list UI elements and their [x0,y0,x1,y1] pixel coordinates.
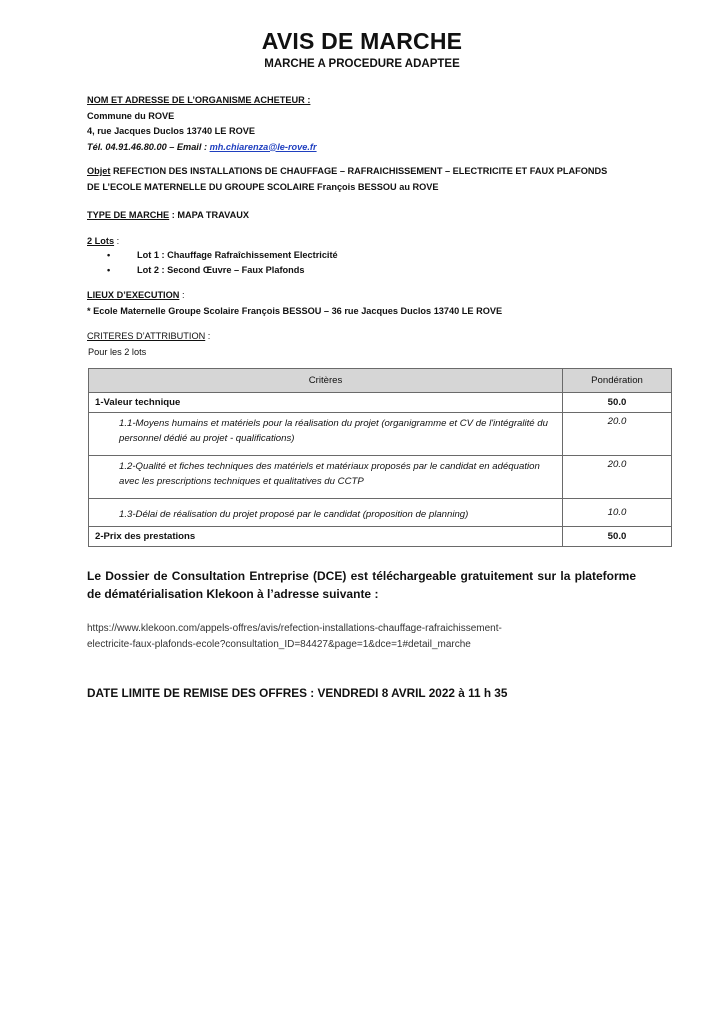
table-row: 2-Prix des prestations 50.0 [89,527,672,547]
criterion-cell: 1-Valeur technique [89,393,563,413]
market-type-section: TYPE DE MARCHE : MAPA TRAVAUX [87,208,249,224]
buyer-address: 4, rue Jacques Duclos 13740 LE ROVE [87,124,317,140]
table-row: 1.3-Délai de réalisation du projet propo… [89,499,672,527]
location-value: * Ecole Maternelle Groupe Scolaire Franç… [87,304,502,320]
lots-label: 2 Lots [87,236,114,246]
criteria-table: Critères Pondération 1-Valeur technique … [88,368,672,547]
url-line-1: https://www.klekoon.com/appels-offres/av… [87,621,502,637]
column-header-criteria: Critères [89,369,563,393]
lots-suffix: : [114,236,119,246]
weight-cell: 20.0 [563,413,672,456]
buyer-section: NOM ET ADRESSE DE L’ORGANISME ACHETEUR :… [87,93,317,155]
object-text: REFECTION DES INSTALLATIONS DE CHAUFFAGE… [87,166,607,192]
buyer-contact: Tél. 04.91.46.80.00 – Email : mh.chiaren… [87,140,317,156]
criteria-note: Pour les 2 lots [88,345,210,361]
weight-cell: 20.0 [563,456,672,499]
buyer-email-link[interactable]: mh.chiarenza@le-rove.fr [210,142,317,152]
criterion-cell: 1.1-Moyens humains et matériels pour la … [89,413,563,456]
weight-cell: 50.0 [563,393,672,413]
table-row: 1.1-Moyens humains et matériels pour la … [89,413,672,456]
submission-deadline: DATE LIMITE DE REMISE DES OFFRES : VENDR… [87,686,507,700]
document-page: AVIS DE MARCHE MARCHE A PROCEDURE ADAPTE… [0,0,724,1024]
criteria-label: CRITERES D’ATTRIBUTION [87,331,205,341]
location-label: LIEUX D’EXECUTION [87,290,179,300]
list-item: •Lot 2 : Second Œuvre – Faux Plafonds [107,263,338,278]
dce-url-link[interactable]: https://www.klekoon.com/appels-offres/av… [87,621,502,652]
object-label: Objet [87,166,110,176]
lots-list: •Lot 1 : Chauffage Rafraîchissement Elec… [107,248,338,277]
buyer-phone: Tél. 04.91.46.80.00 – Email : [87,142,210,152]
criterion-cell: 2-Prix des prestations [89,527,563,547]
table-row: 1.2-Qualité et fiches techniques des mat… [89,456,672,499]
criteria-suffix: : [205,331,210,341]
weight-cell: 10.0 [563,499,672,527]
bullet-icon: • [107,248,137,263]
page-subtitle: MARCHE A PROCEDURE ADAPTEE [0,58,724,70]
buyer-heading: NOM ET ADRESSE DE L’ORGANISME ACHETEUR : [87,93,317,109]
table-header-row: Critères Pondération [89,369,672,393]
location-section: LIEUX D’EXECUTION : * Ecole Maternelle G… [87,288,502,319]
criteria-section: CRITERES D’ATTRIBUTION : Pour les 2 lots [87,329,210,360]
weight-cell: 50.0 [563,527,672,547]
url-line-2: electricite-faux-plafonds-ecole?consulta… [87,637,502,653]
location-suffix: : [179,290,184,300]
page-title: AVIS DE MARCHE [0,28,724,55]
list-item: •Lot 1 : Chauffage Rafraîchissement Elec… [107,248,338,263]
dce-paragraph: Le Dossier de Consultation Entreprise (D… [87,567,636,603]
bullet-icon: • [107,263,137,278]
criterion-cell: 1.2-Qualité et fiches techniques des mat… [89,456,563,499]
column-header-weight: Pondération [563,369,672,393]
market-type-value: : MAPA TRAVAUX [169,210,249,220]
table-row: 1-Valeur technique 50.0 [89,393,672,413]
buyer-name: Commune du ROVE [87,109,317,125]
object-section: Objet REFECTION DES INSTALLATIONS DE CHA… [87,164,617,195]
criterion-cell: 1.3-Délai de réalisation du projet propo… [89,499,563,527]
market-type-label: TYPE DE MARCHE [87,210,169,220]
